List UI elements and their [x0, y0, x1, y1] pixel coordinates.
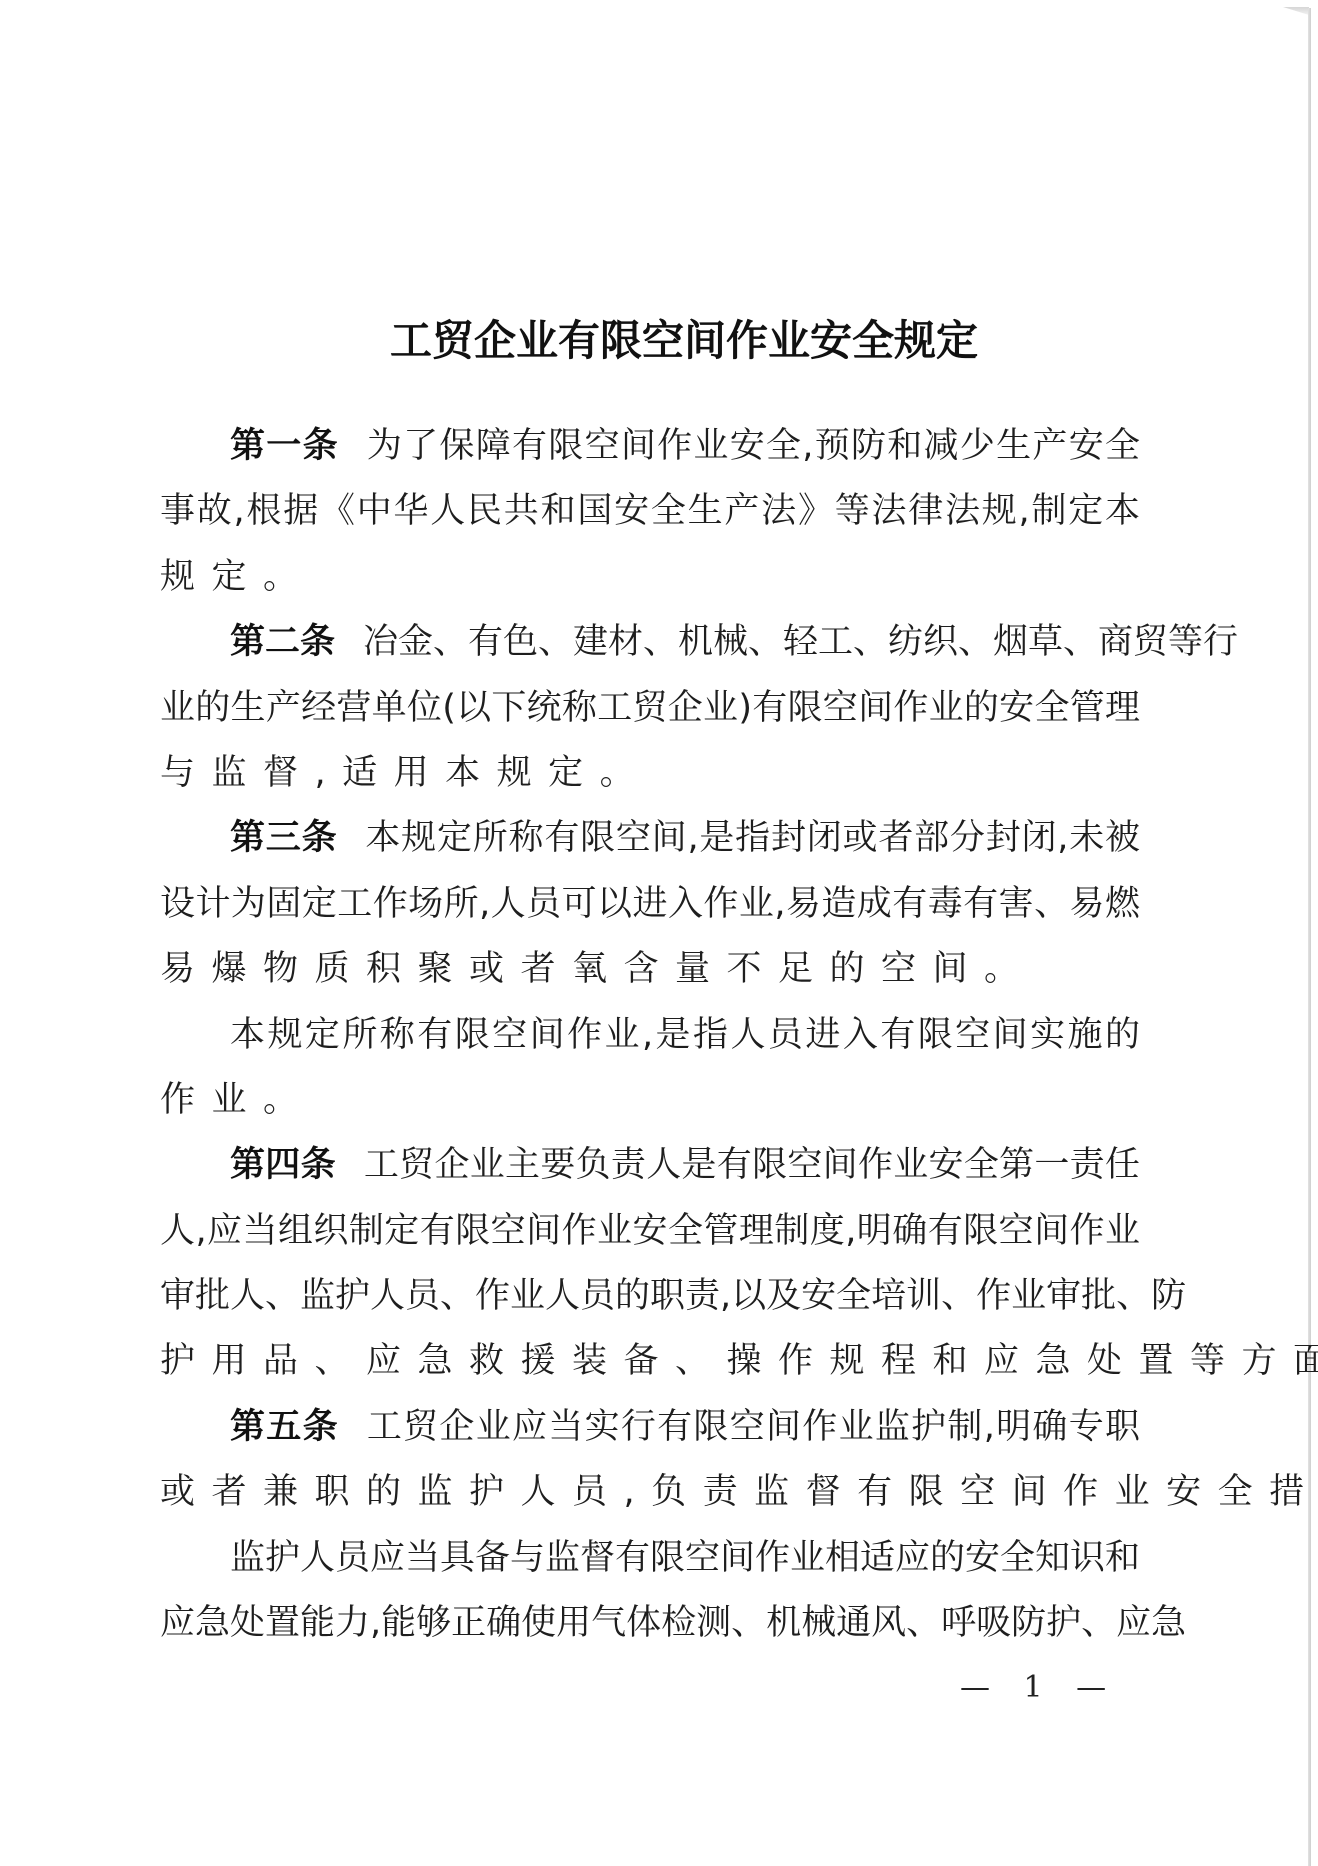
article-number: 第一条 [230, 426, 339, 466]
page-corner-fold [1283, 7, 1309, 15]
document-page: 工贸企业有限空间作业安全规定 第一条为了保障有限空间作业安全,预防和减少生产安全… [0, 0, 1318, 1866]
line-text: 工贸企业应当实行有限空间作业监护制,明确专职 [367, 1407, 1140, 1447]
line-text: 人,应当组织制定有限空间作业安全管理制度,明确有限空间作业 [160, 1211, 1140, 1251]
paragraph-line: 监护人员应当具备与监督有限空间作业相适应的安全知识和 [160, 1526, 1140, 1591]
article-paragraph-line: 第四条工贸企业主要负责人是有限空间作业安全第一责任 [160, 1133, 1140, 1198]
paragraph-line: 人,应当组织制定有限空间作业安全管理制度,明确有限空间作业 [160, 1199, 1140, 1264]
line-text: 本规定所称有限空间,是指封闭或者部分封闭,未被 [365, 818, 1140, 858]
article-paragraph-line: 第二条冶金、有色、建材、机械、轻工、纺织、烟草、商贸等行 [160, 610, 1140, 675]
paragraph-line: 审批人、监护人员、作业人员的职责,以及安全培训、作业审批、防 [160, 1264, 1140, 1329]
article-paragraph-line: 第三条本规定所称有限空间,是指封闭或者部分封闭,未被 [160, 806, 1140, 871]
document-title: 工贸企业有限空间作业安全规定 [0, 308, 1318, 368]
article-number: 第五条 [230, 1407, 339, 1447]
document-body: 第一条为了保障有限空间作业安全,预防和减少生产安全事故,根据《中华人民共和国安全… [160, 414, 1140, 1656]
line-text: 规定。 [160, 557, 315, 597]
paragraph-line: 事故,根据《中华人民共和国安全生产法》等法律法规,制定本 [160, 479, 1140, 544]
article-paragraph-line: 第一条为了保障有限空间作业安全,预防和减少生产安全 [160, 414, 1140, 479]
page-edge-shadow [1308, 8, 1311, 1866]
paragraph-line: 与监督,适用本规定。 [160, 741, 1140, 806]
line-text: 本规定所称有限空间作业,是指人员进入有限空间实施的 [230, 1015, 1140, 1055]
line-text: 监护人员应当具备与监督有限空间作业相适应的安全知识和 [230, 1538, 1140, 1578]
paragraph-line: 护用品、应急救援装备、操作规程和应急处置等方面的要求。 [160, 1329, 1140, 1394]
line-text: 护用品、应急救援装备、操作规程和应急处置等方面的要求。 [160, 1341, 1318, 1381]
article-number: 第二条 [230, 622, 335, 662]
line-text: 审批人、监护人员、作业人员的职责,以及安全培训、作业审批、防 [160, 1276, 1186, 1316]
page-number: — 1 — [960, 1670, 1118, 1705]
paragraph-line: 易爆物质积聚或者氧含量不足的空间。 [160, 937, 1140, 1002]
line-text: 易爆物质积聚或者氧含量不足的空间。 [160, 949, 1036, 989]
paragraph-line: 作业。 [160, 1068, 1140, 1133]
line-text: 设计为固定工作场所,人员可以进入作业,易造成有毒有害、易燃 [160, 884, 1140, 924]
line-text: 应急处置能力,能够正确使用气体检测、机械通风、呼吸防护、应急 [160, 1603, 1186, 1643]
line-text: 作业。 [160, 1080, 315, 1120]
line-text: 冶金、有色、建材、机械、轻工、纺织、烟草、商贸等行 [363, 622, 1238, 662]
paragraph-line: 或者兼职的监护人员,负责监督有限空间作业安全措施的落实。 [160, 1460, 1140, 1525]
paragraph-line: 业的生产经营单位(以下统称工贸企业)有限空间作业的安全管理 [160, 676, 1140, 741]
line-text: 与监督,适用本规定。 [160, 753, 651, 793]
paragraph-line: 规定。 [160, 545, 1140, 610]
line-text: 事故,根据《中华人民共和国安全生产法》等法律法规,制定本 [160, 491, 1140, 531]
article-number: 第四条 [230, 1145, 336, 1185]
line-text: 业的生产经营单位(以下统称工贸企业)有限空间作业的安全管理 [160, 688, 1140, 728]
paragraph-line: 本规定所称有限空间作业,是指人员进入有限空间实施的 [160, 1003, 1140, 1068]
line-text: 或者兼职的监护人员,负责监督有限空间作业安全措施的落实。 [160, 1472, 1318, 1512]
paragraph-line: 设计为固定工作场所,人员可以进入作业,易造成有毒有害、易燃 [160, 872, 1140, 937]
line-text: 为了保障有限空间作业安全,预防和减少生产安全 [367, 426, 1140, 466]
paragraph-line: 应急处置能力,能够正确使用气体检测、机械通风、呼吸防护、应急 [160, 1591, 1140, 1656]
article-paragraph-line: 第五条工贸企业应当实行有限空间作业监护制,明确专职 [160, 1395, 1140, 1460]
article-number: 第三条 [230, 818, 337, 858]
line-text: 工贸企业主要负责人是有限空间作业安全第一责任 [364, 1145, 1140, 1185]
